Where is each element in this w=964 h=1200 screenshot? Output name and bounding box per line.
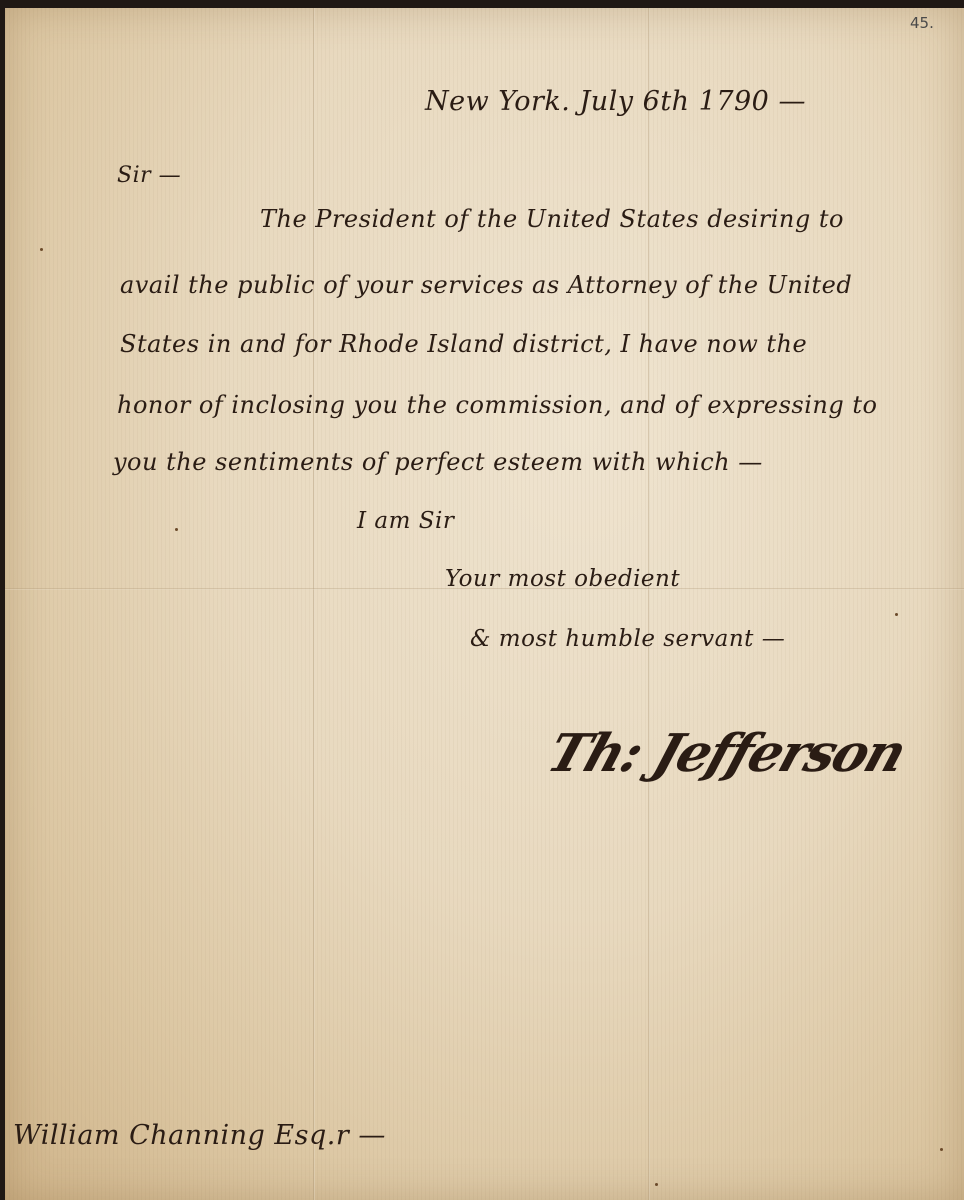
closing-line: & most humble servant — <box>470 626 785 652</box>
ink-spot <box>940 1148 943 1151</box>
body-line: you the sentiments of perfect esteem wit… <box>113 448 763 476</box>
fold-crease-vertical-left <box>313 8 315 1200</box>
body-line: honor of inclosing you the commission, a… <box>117 391 877 419</box>
ink-spot <box>175 528 178 531</box>
page-number: 45. <box>910 14 934 32</box>
ink-spot <box>895 613 898 616</box>
closing-line: I am Sir <box>357 508 454 534</box>
fold-crease-vertical-right <box>648 8 650 1200</box>
body-line: avail the public of your services as Att… <box>120 271 852 299</box>
body-line: States in and for Rhode Island district,… <box>120 330 807 358</box>
ink-spot <box>40 248 43 251</box>
addressee: William Channing Esq.r — <box>13 1120 386 1151</box>
dateline: New York. July 6th 1790 — <box>425 86 806 117</box>
signature: Th: Jefferson <box>540 723 912 784</box>
letter-paper: 45. New York. July 6th 1790 — Sir — The … <box>5 8 964 1200</box>
closing-line: Your most obedient <box>445 566 680 592</box>
ink-spot <box>655 1183 658 1186</box>
salutation: Sir — <box>117 163 181 188</box>
photo-background: 45. New York. July 6th 1790 — Sir — The … <box>0 0 964 1200</box>
body-line: The President of the United States desir… <box>260 205 844 233</box>
